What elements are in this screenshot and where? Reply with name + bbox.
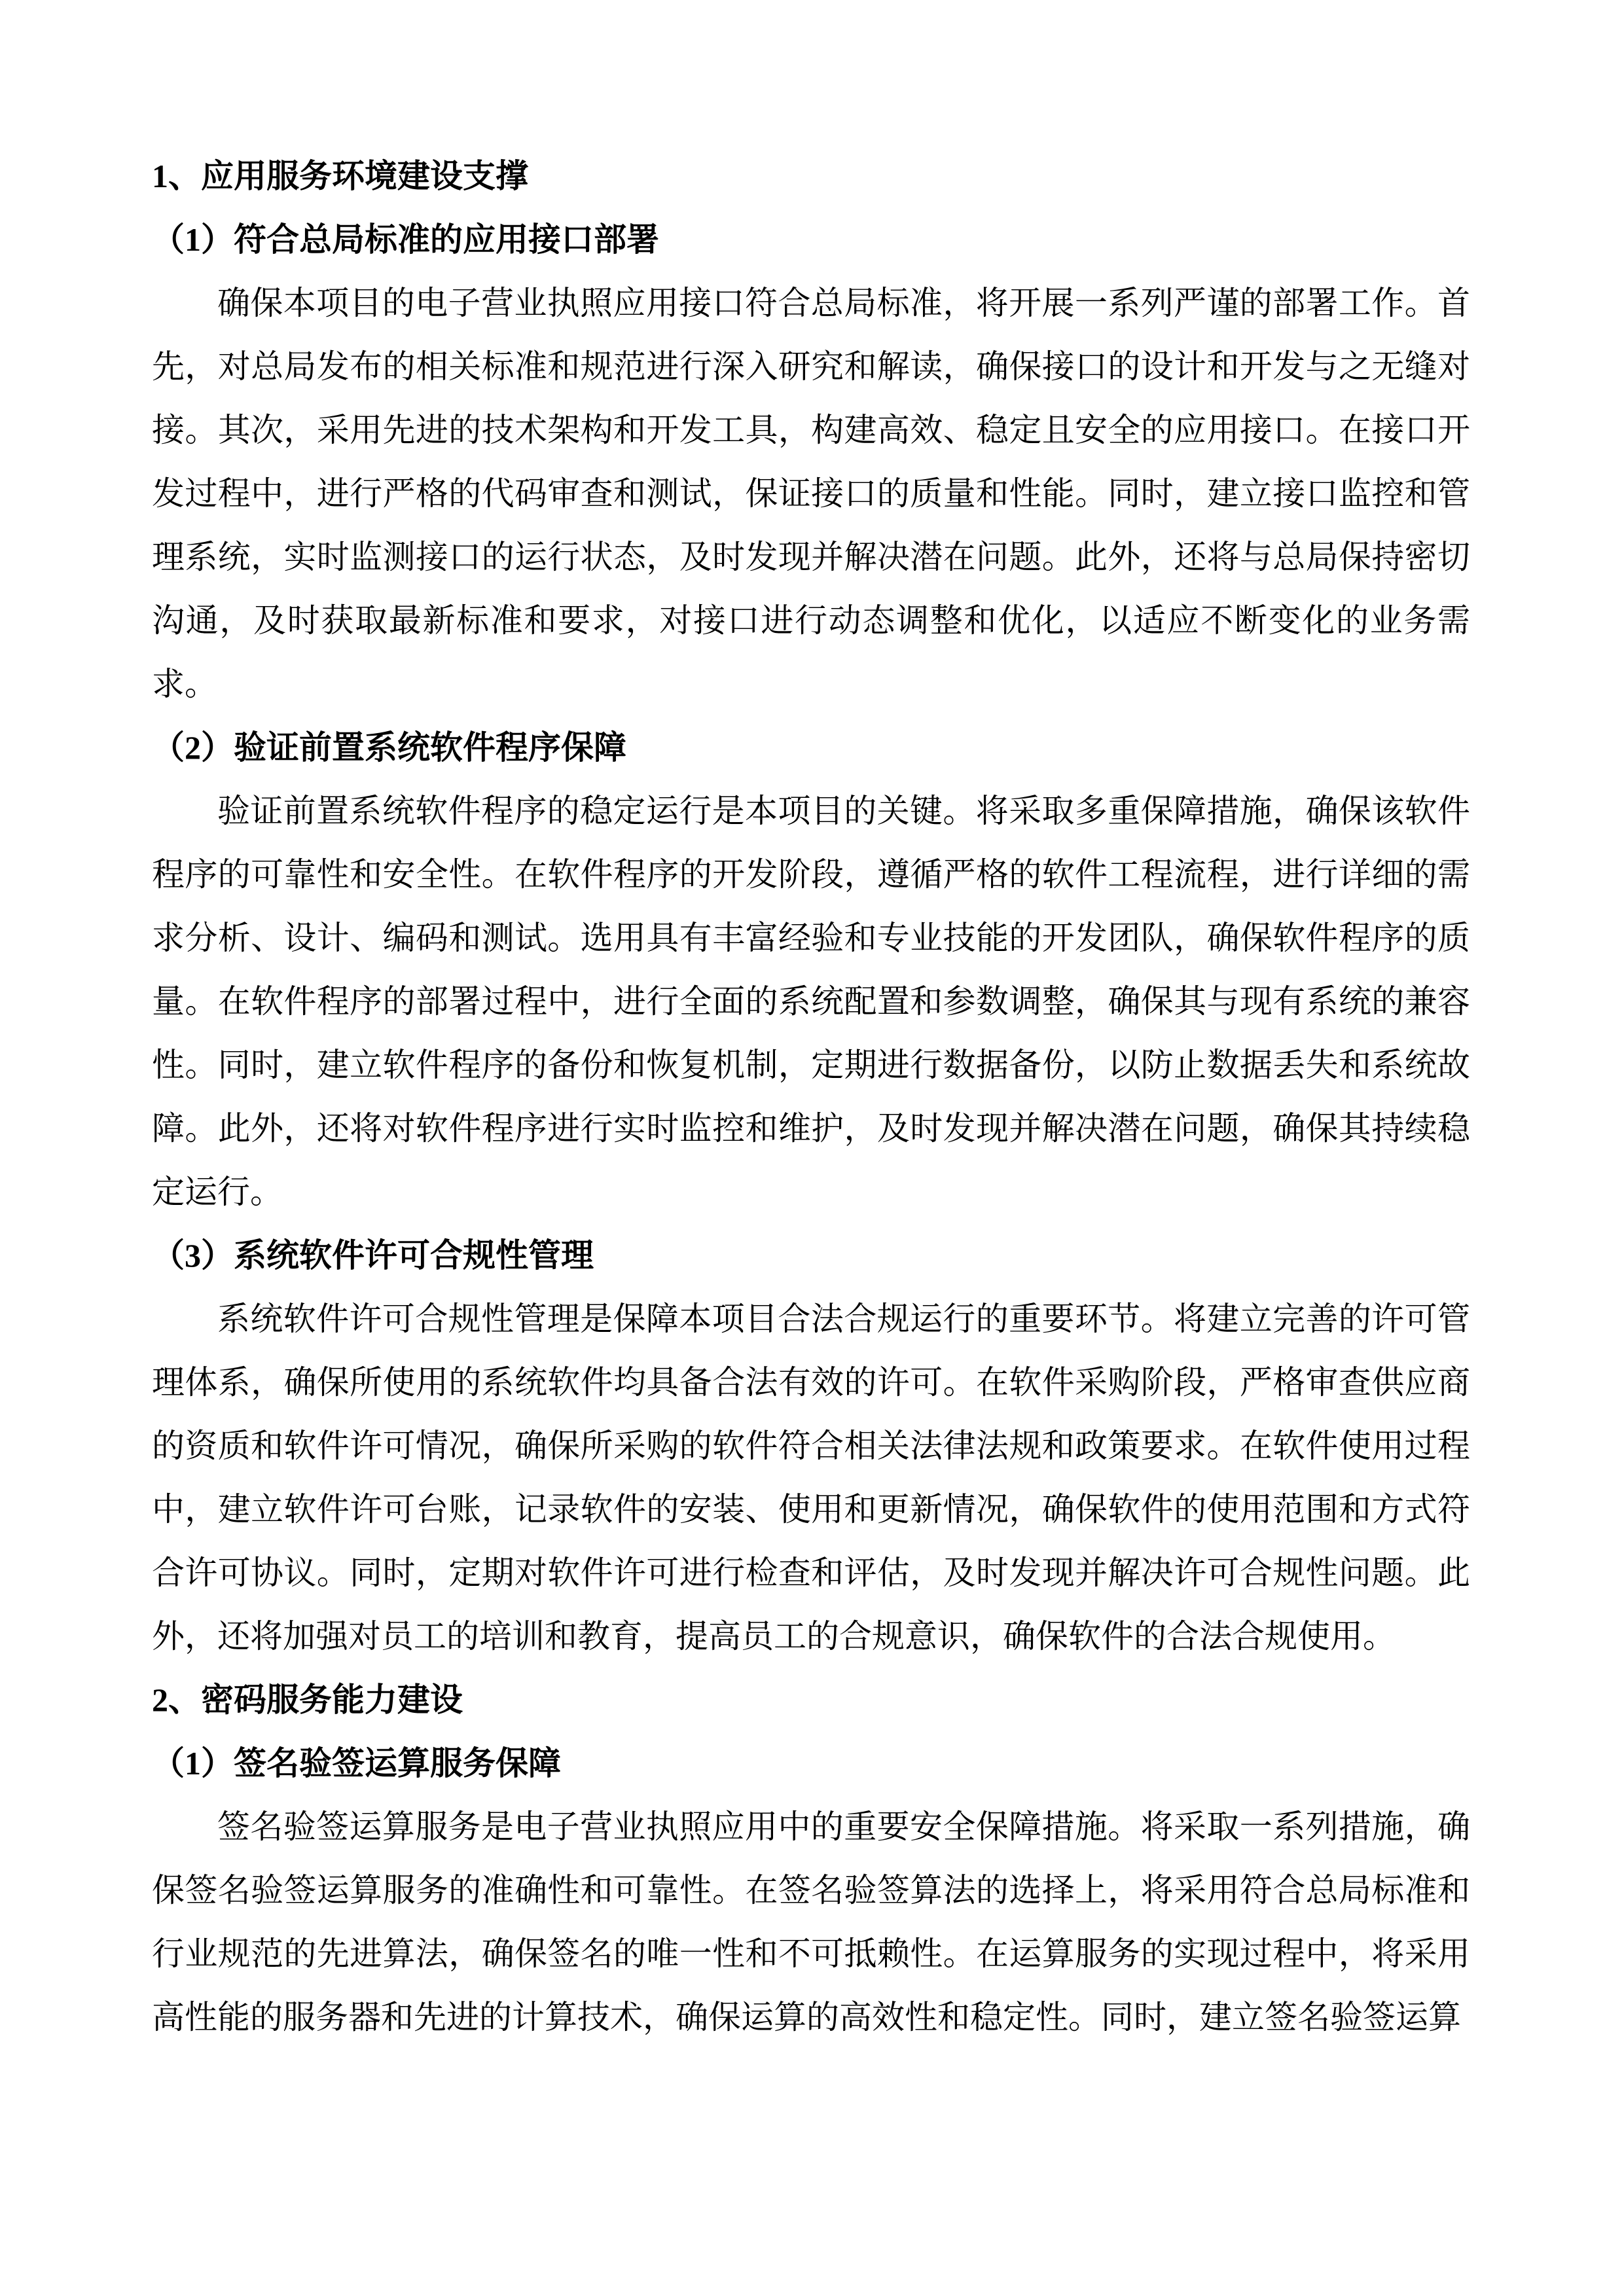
section-heading: 1、应用服务环境建设支撑	[152, 145, 1470, 208]
subsection-heading: （3）系统软件许可合规性管理	[152, 1224, 1470, 1287]
body-paragraph: 系统软件许可合规性管理是保障本项目合法合规运行的重要环节。将建立完善的许可管理体…	[152, 1287, 1470, 1668]
subsection-heading: （1）签名验签运算服务保障	[152, 1732, 1470, 1795]
document-content: 1、应用服务环境建设支撑（1）符合总局标准的应用接口部署确保本项目的电子营业执照…	[152, 145, 1470, 2049]
section-heading: 2、密码服务能力建设	[152, 1668, 1470, 1732]
body-paragraph: 确保本项目的电子营业执照应用接口符合总局标准，将开展一系列严谨的部署工作。首先，…	[152, 272, 1470, 716]
body-paragraph: 验证前置系统软件程序的稳定运行是本项目的关键。将采取多重保障措施，确保该软件程序…	[152, 780, 1470, 1224]
body-paragraph: 签名验签运算服务是电子营业执照应用中的重要安全保障措施。将采取一系列措施，确保签…	[152, 1795, 1470, 2049]
document-page: 1、应用服务环境建设支撑（1）符合总局标准的应用接口部署确保本项目的电子营业执照…	[0, 0, 1624, 2296]
subsection-heading: （2）验证前置系统软件程序保障	[152, 716, 1470, 780]
subsection-heading: （1）符合总局标准的应用接口部署	[152, 208, 1470, 272]
